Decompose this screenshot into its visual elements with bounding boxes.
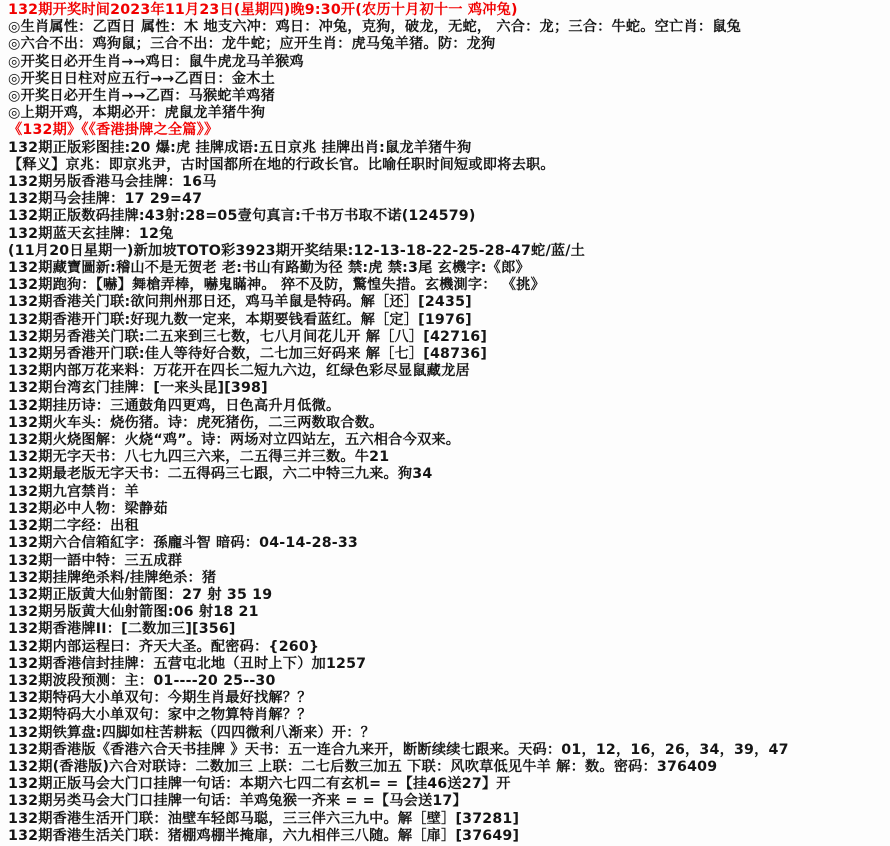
- text-line: 132期正版数码挂牌:43射:28=05壹句真言:千书万书取不诺(124579): [8, 208, 886, 225]
- text-line: 132期火车头：烧伤猪。诗：虎死猪伤，二三两数取合数。: [8, 415, 886, 432]
- text-line: 132期另类马会大门口挂牌一句话：羊鸡兔猴一齐来 = =【马会送17】: [8, 793, 886, 810]
- text-line: ◎开奖日必开生肖→→乙酉：马猴蛇羊鸡猪: [8, 88, 886, 105]
- text-line: 132期开奖时间2023年11月23日(星期四)晚9:30开(农历十月初十一 鸡…: [8, 2, 886, 19]
- text-line: ◎六合不出：鸡狗鼠；三合不出：龙牛蛇；应开生肖：虎马兔羊猪。防：龙狗: [8, 36, 886, 53]
- text-line: 132期香港版《香港六合天书挂牌 》天书：五一连合九来开，断断续续七跟来。天码：…: [8, 742, 886, 759]
- text-line: 132期必中人物：梁静茹: [8, 501, 886, 518]
- text-line: 132期台湾玄门挂牌：[一来头昆][398]: [8, 380, 886, 397]
- text-line: 132期铁算盘:四脚如柱苦耕耘（四四微利八渐来）开：？: [8, 725, 886, 742]
- text-line: 132期另香港开门联:佳人等待好合数，二七加三好码来 解［七］[48736]: [8, 346, 886, 363]
- text-line: 132期无字天书：八七九四三六来，二五得三并三数。牛21: [8, 449, 886, 466]
- text-line: 132期另版香港马会挂牌：16马: [8, 174, 886, 191]
- text-line: 132期挂牌绝杀料/挂牌绝杀：猪: [8, 570, 886, 587]
- text-line: 132期藏寶圖新:稽山不是无贺老 老:书山有路勤为径 禁:虎 禁:3尾 玄機字:…: [8, 260, 886, 277]
- text-line: 132期另香港关门联:二五来到三七数，七八月间花儿开 解［八］[42716]: [8, 329, 886, 346]
- text-line: 132期最老版无字天书：二五得码三七跟，六二中特三九来。狗34: [8, 466, 886, 483]
- text-line: 132期正版马会大门口挂牌一句话：本期六七四二有玄机= =【挂46送27】开: [8, 776, 886, 793]
- text-line: 132期挂历诗：三通鼓角四更鸡，日色高升月低微。: [8, 398, 886, 415]
- text-line: 132期内部运程曰：齐天大圣。配密码：{260}: [8, 639, 886, 656]
- text-line: 132期火烧图解：火烧“鸡”。诗：两场对立四站左，五六相合今双来。: [8, 432, 886, 449]
- lottery-info-document: 132期开奖时间2023年11月23日(星期四)晚9:30开(农历十月初十一 鸡…: [0, 0, 890, 846]
- text-line: 132期一語中特：三五成群: [8, 553, 886, 570]
- text-line: 132期马会挂牌：17 29=47: [8, 191, 886, 208]
- text-line: 《132期》《《香港掛牌之全篇》》: [8, 122, 886, 139]
- text-line: 132期九宫禁肖：羊: [8, 484, 886, 501]
- text-line: 132期香港信封挂牌：五营屯北地（丑时上下）加1257: [8, 656, 886, 673]
- text-line: 132期香港生活开门联：油壁车轻郎马聪，三三伴六三九中。解［壁］[37281]: [8, 811, 886, 828]
- text-line: 132期特码大小单双句：家中之物算特肖解？？: [8, 707, 886, 724]
- text-line: ◎生肖属性：乙酉日 属性：木 地支六冲：鸡日：冲兔，克狗，破龙，无蛇， 六合：龙…: [8, 19, 886, 36]
- text-line: 132期香港牌II：[二数加三][356]: [8, 621, 886, 638]
- text-line: ◎开奖日日柱对应五行→→乙酉日：金木土: [8, 71, 886, 88]
- text-line: 132期波段预测：主：01----20 25--30: [8, 673, 886, 690]
- text-line: ◎上期开鸡，本期必开：虎鼠龙羊猪牛狗: [8, 105, 886, 122]
- text-line: 132期香港生活关门联：猪棚鸡棚半掩扉，六九相伴三八随。解［扉］[37649]: [8, 828, 886, 845]
- text-line: 132期内部万花来料：万花开在四长二短九六边，红绿色彩尽显鼠藏龙居: [8, 363, 886, 380]
- text-line: 132期(香港版)六合对联诗：二数加三 上联：二七后数三加五 下联：风吹草低见牛…: [8, 759, 886, 776]
- text-line: ◎开奖日必开生肖→→鸡日：鼠牛虎龙马羊猴鸡: [8, 54, 886, 71]
- text-line: 132期二字经：出租: [8, 518, 886, 535]
- text-line: 132期蓝天玄挂牌：12兔: [8, 226, 886, 243]
- text-line: 132期跑狗：【嚇】舞槍弄棒，嚇鬼瞞神。 猝不及防，驚惶失措。玄機測字： 《挑》: [8, 277, 886, 294]
- text-line: 132期正版黄大仙射箭图：27 射 35 19: [8, 587, 886, 604]
- text-line: 132期正版彩图挂:20 爆:虎 挂牌成语:五日京兆 挂牌出肖:鼠龙羊猪牛狗: [8, 140, 886, 157]
- text-line: 132期六合信箱紅字：孫龐斗智 暗码：04-14-28-33: [8, 535, 886, 552]
- text-line: (11月20日星期一)新加坡TOTO彩3923期开奖结果:12-13-18-22…: [8, 243, 886, 260]
- text-line: 132期香港关门联:欲问荆州那日还，鸡马羊鼠是特码。解［还］[2435]: [8, 294, 886, 311]
- text-line: 132期特码大小单双句：今期生肖最好找解？？: [8, 690, 886, 707]
- text-line: 132期另版黄大仙射箭图:06 射18 21: [8, 604, 886, 621]
- text-line: 132期香港开门联:好现九数一定来，本期要钱看蓝红。解［定］[1976]: [8, 312, 886, 329]
- text-line: 【释义】京兆：即京兆尹，古时国都所在地的行政长官。比喻任职时间短或即将去职。: [8, 157, 886, 174]
